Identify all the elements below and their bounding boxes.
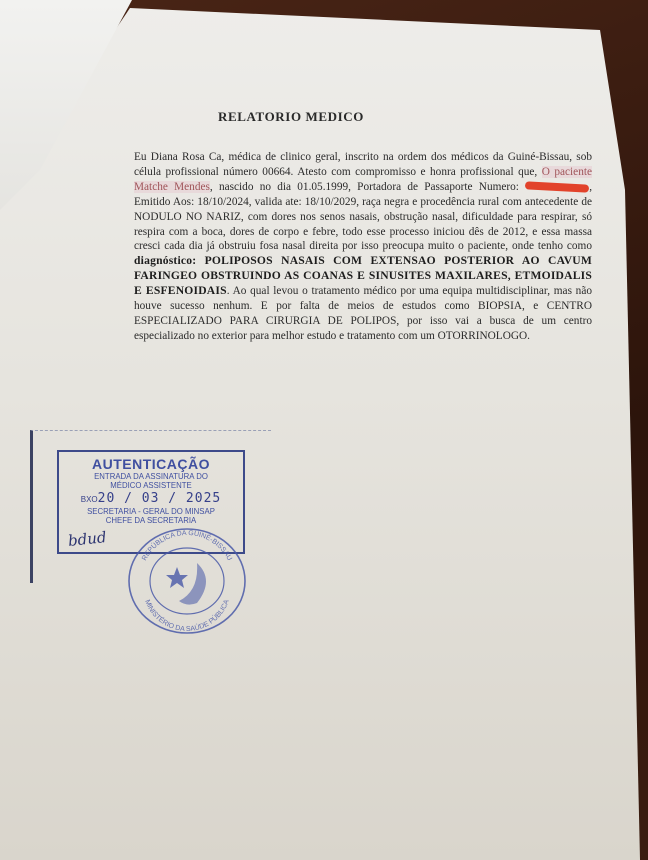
report-paragraph: Eu Diana Rosa Ca, médica de clinico gera… [134, 150, 592, 344]
document-title: RELATORIO MEDICO [218, 109, 364, 125]
seal-emblem-icon [166, 563, 206, 605]
stamp-date: BXO20 / 03 / 2025 [59, 491, 243, 506]
passport-number-redaction [525, 182, 589, 193]
report-body: Eu Diana Rosa Ca, médica de clinico gera… [134, 150, 592, 344]
ministry-seal: REPÚBLICA DA GUINÉ-BISSAU MINISTÉRIO DA … [125, 525, 250, 637]
stamp-line-4: CHEFE DA SECRETARIA [59, 516, 243, 525]
stamp-line-3: SECRETARIA - GERAL DO MINSAP [59, 507, 243, 516]
stamp-title: AUTENTICAÇÃO [59, 456, 243, 472]
stamp-line-1: ENTRADA DA ASSINATURA DO [59, 472, 243, 481]
svg-text:REPÚBLICA DA GUINÉ-BISSAU: REPÚBLICA DA GUINÉ-BISSAU [141, 530, 233, 562]
diagnosis-label: diagnóstico: [134, 254, 196, 267]
stamp-line-2: MÉDICO ASSISTENTE [59, 481, 243, 490]
